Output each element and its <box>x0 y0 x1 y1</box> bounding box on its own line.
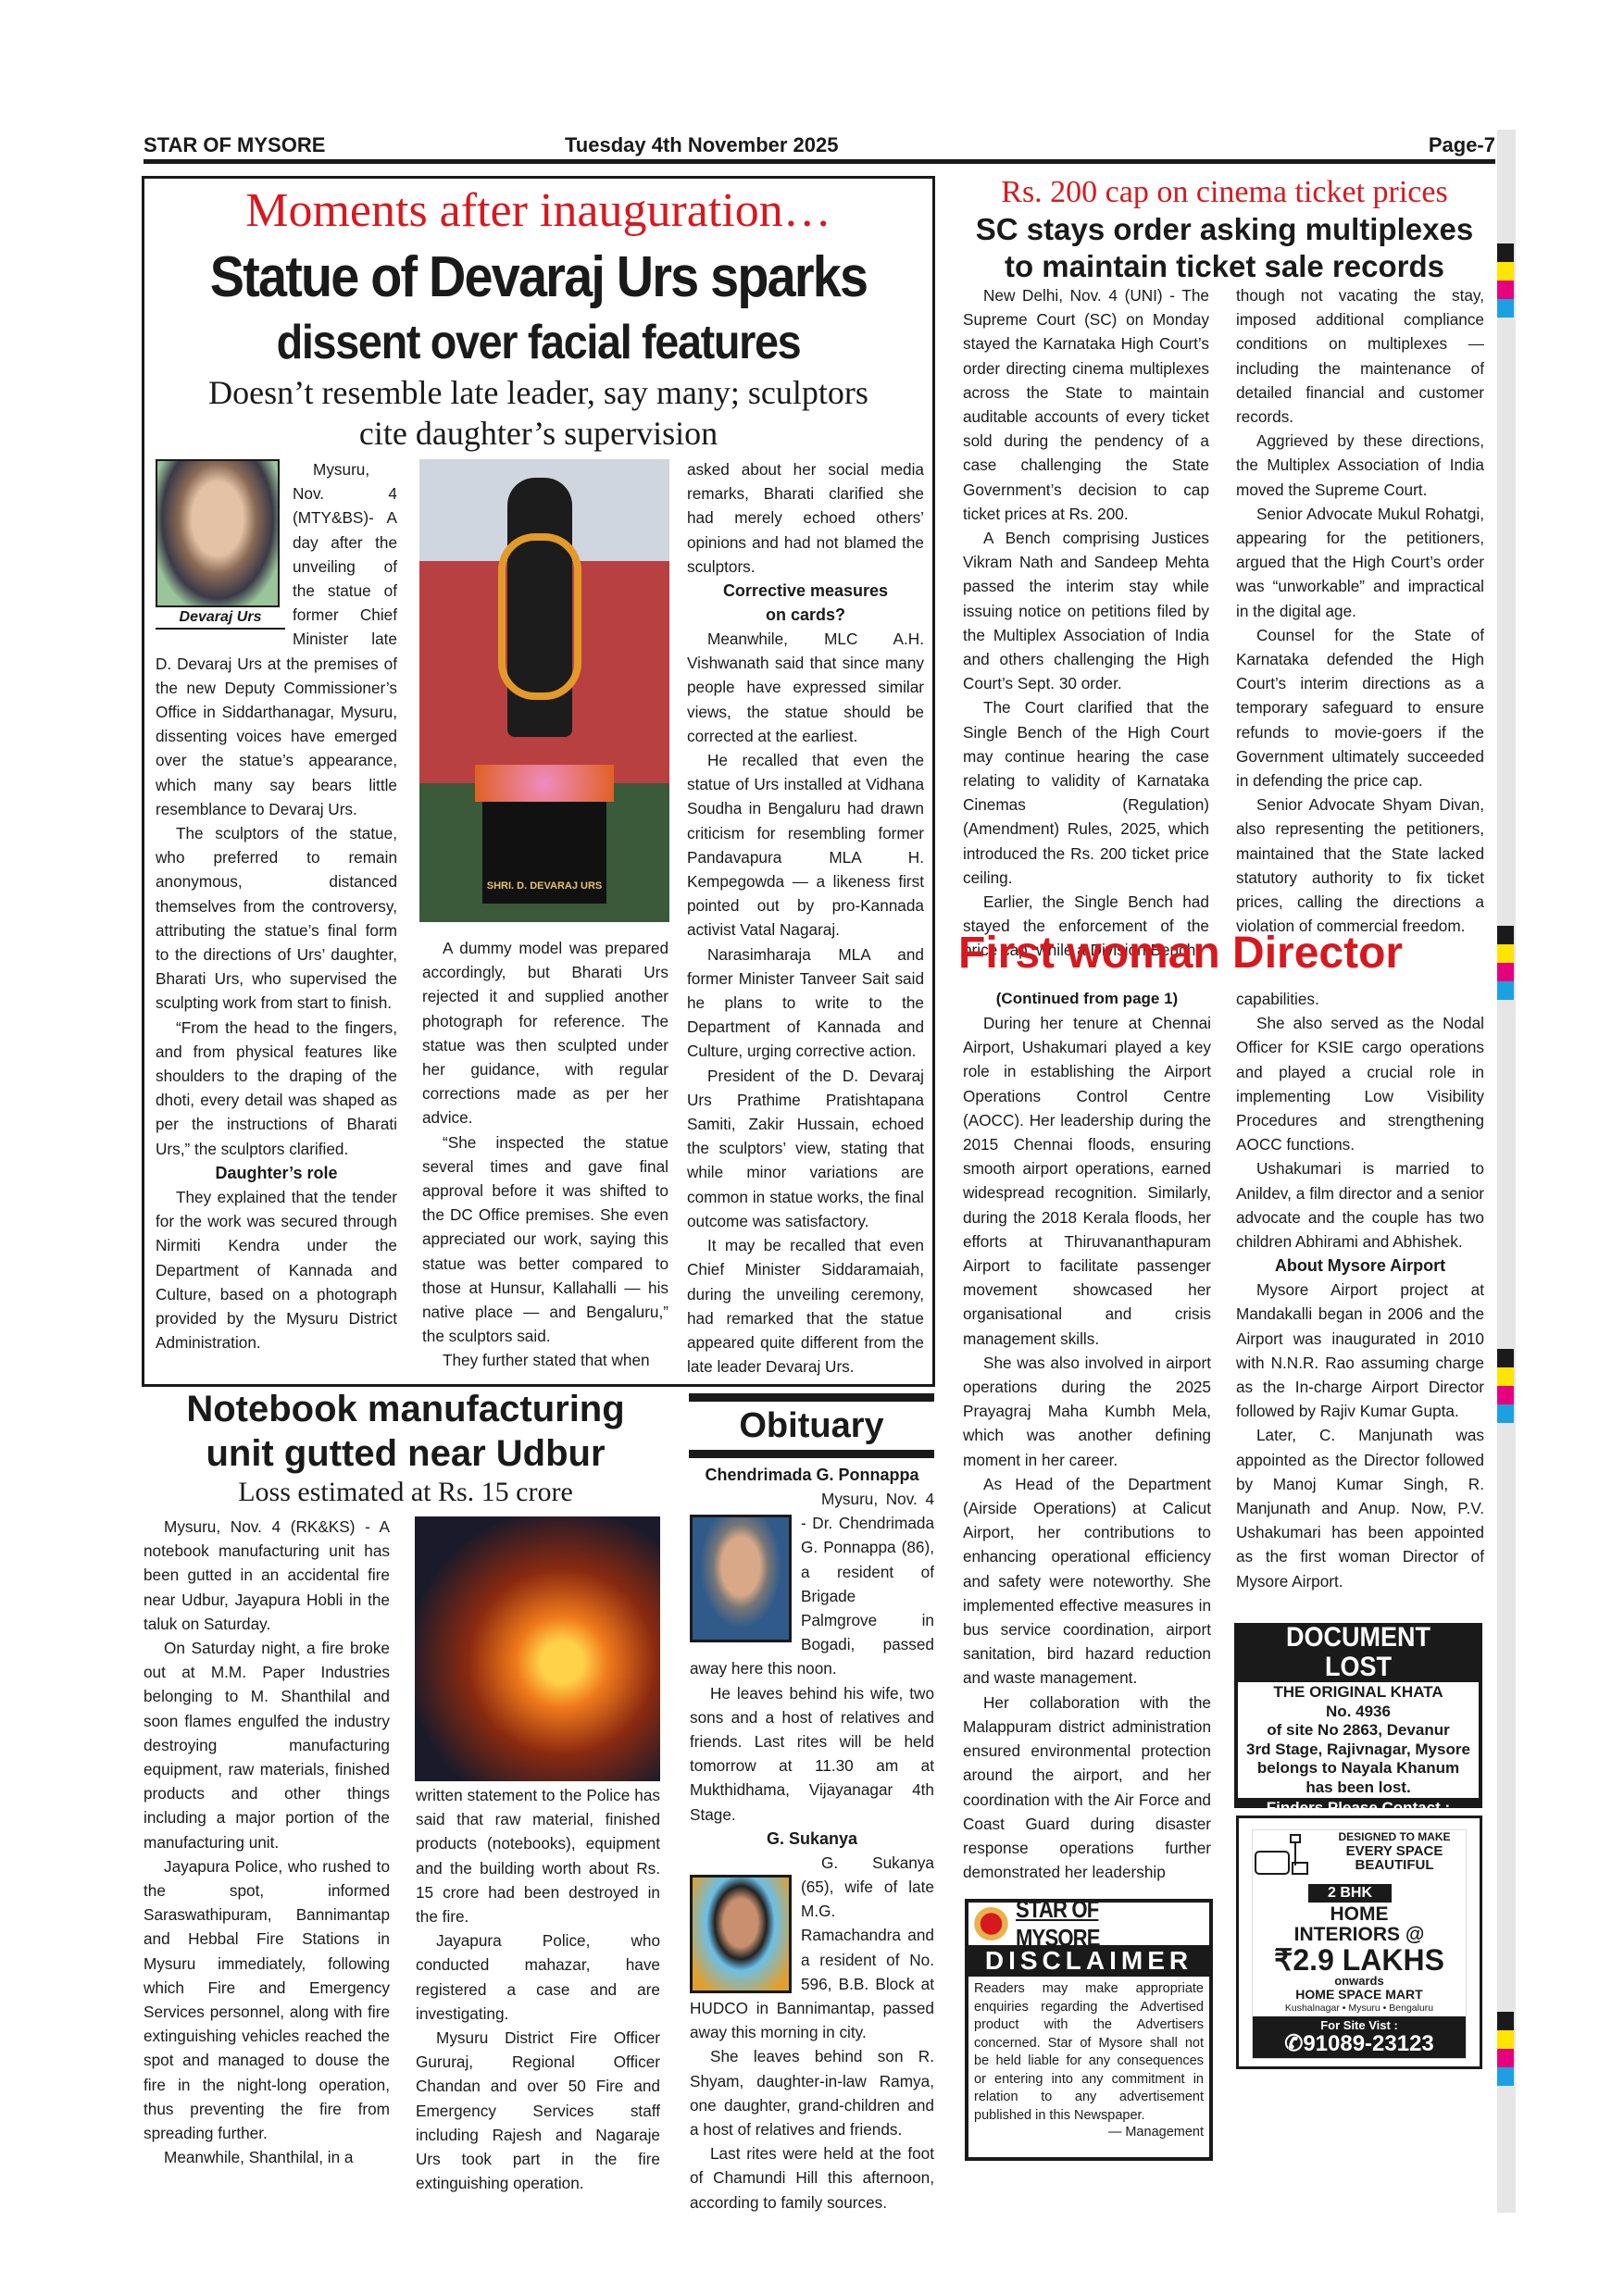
disclaimer-text: Readers may make appropriate enquiries r… <box>968 1977 1209 2125</box>
statue-plaque: SHRI. D. DEVARAJ URS <box>484 880 605 892</box>
obituary-name: Chendrimada G. Ponnappa <box>690 1463 934 1487</box>
masthead: STAR OF MYSORE Tuesday 4th November 2025… <box>144 130 1495 163</box>
fire-photo <box>415 1516 660 1781</box>
star-of-mysore-emblem-icon <box>974 1907 1008 1940</box>
disclaimer-sign: — Management <box>968 2125 1209 2140</box>
cinema-headline: SC stays order asking multiplexes to mai… <box>954 211 1495 285</box>
issue-date: Tuesday 4th November 2025 <box>565 133 839 157</box>
ad-badge: 2 BHK <box>1308 1884 1392 1903</box>
obituary-name: G. Sukanya <box>690 1827 934 1851</box>
lead-headline-line1: Statue of Devaraj Urs sparks <box>183 243 894 313</box>
director-column-2: capabilities. She also served as the Nod… <box>1236 987 1484 1593</box>
lead-deck: Doesn’t resemble late leader, say many; … <box>144 372 933 454</box>
obituary-photo-sukanya <box>690 1875 792 1993</box>
lead-headline-line2: dissent over facial features <box>183 313 894 372</box>
fire-column-1: Mysuru, Nov. 4 (RK&KS) - A notebook manu… <box>144 1515 390 2169</box>
subhead-about-airport: About Mysore Airport <box>1236 1254 1484 1278</box>
portrait-devaraj-urs: Devaraj Urs <box>156 459 285 630</box>
obituary-entries: Chendrimada G. Ponnappa Mysuru, Nov. 4 -… <box>690 1463 934 2215</box>
director-headline: First woman Director <box>958 928 1495 980</box>
lead-column-1: Devaraj Urs Mysuru, Nov. 4 (MTY&BS)- A d… <box>156 457 397 1354</box>
subhead-corrective-measures: Corrective measures on cards? <box>687 579 924 627</box>
continued-note: (Continued from page 1) <box>963 987 1211 1011</box>
ad-phone[interactable]: ✆91089-23123 <box>1253 2032 1466 2056</box>
obituary-title: Obituary <box>689 1402 934 1450</box>
fire-headline: Notebook manufacturing unit gutted near … <box>142 1387 669 1476</box>
cinema-kicker: Rs. 200 cap on cinema ticket prices <box>954 174 1495 211</box>
lead-column-3: asked about her social media remarks, Bh… <box>687 457 924 1379</box>
fire-column-2: written statement to the Police has said… <box>416 1783 660 2195</box>
ad-title: DOCUMENT LOST <box>1250 1623 1467 1682</box>
paper-name: STAR OF MYSORE <box>144 133 325 157</box>
color-registration-marks <box>1497 1349 1514 1423</box>
sofa-lamp-icon <box>1255 1834 1316 1877</box>
color-registration-marks <box>1497 2012 1514 2086</box>
ad-body: THE ORIGINAL KHATA No. 4936 of site No 2… <box>1238 1682 1479 1798</box>
right-gutter-strip <box>1497 130 1516 2213</box>
director-column-1: (Continued from page 1) During her tenur… <box>963 987 1211 1884</box>
disclaimer-box: STAR OF MYSORE DISCLAIMER Readers may ma… <box>965 1899 1213 2161</box>
lead-kicker: Moments after inauguration… <box>144 183 933 239</box>
obituary-section: Obituary <box>689 1393 934 1458</box>
cinema-column-2: though not vacating the stay, imposed ad… <box>1236 283 1484 938</box>
statue-photo: SHRI. D. DEVARAJ URS <box>419 459 669 922</box>
subhead-daughters-role: Daughter’s role <box>156 1161 397 1185</box>
page-number: Page-7 <box>1429 133 1495 157</box>
cinema-column-1: New Delhi, Nov. 4 (UNI) - The Supreme Co… <box>963 283 1209 963</box>
fire-deck: Loss estimated at Rs. 15 crore <box>142 1476 669 1509</box>
ad-home-interiors: DESIGNED TO MAKE EVERY SPACE BEAUTIFUL 2… <box>1236 1816 1482 2069</box>
lead-headline: Statue of Devaraj Urs sparks dissent ove… <box>144 243 933 372</box>
disclaimer-brand: STAR OF MYSORE <box>1016 1895 1175 1953</box>
obituary-photo-ponnappa <box>690 1515 792 1642</box>
ad-document-lost: DOCUMENT LOST THE ORIGINAL KHATA No. 493… <box>1234 1623 1482 1808</box>
lead-column-2: A dummy model was prepared accordingly, … <box>422 936 668 1373</box>
color-registration-marks <box>1497 926 1514 1000</box>
color-registration-marks <box>1497 243 1514 318</box>
portrait-caption: Devaraj Urs <box>156 607 285 630</box>
masthead-rule <box>144 159 1495 164</box>
